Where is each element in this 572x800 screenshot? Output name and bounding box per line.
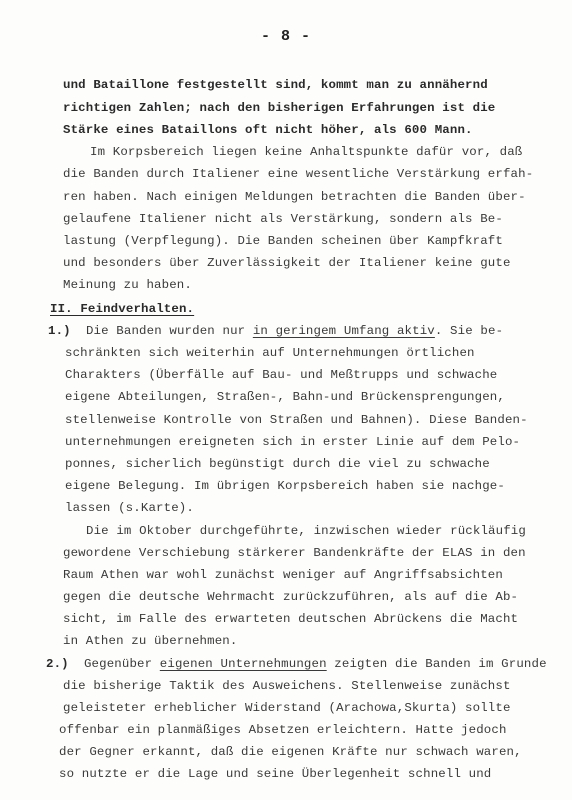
text-line: eigene Belegung. Im übrigen Korpsbereich… (65, 479, 505, 493)
text-line: Charakters (Überfälle auf Bau- und Meßtr… (65, 368, 497, 382)
text-line: Raum Athen war wohl zunächst weniger auf… (63, 568, 503, 582)
text-line: lastung (Verpflegung). Die Banden schein… (63, 234, 503, 248)
text-line: Die im Oktober durchgeführte, inzwischen… (86, 524, 526, 538)
text-line: und Bataillone festgestellt sind, kommt … (63, 78, 488, 92)
text-line: Im Korpsbereich liegen keine Anhaltspunk… (90, 145, 522, 159)
text-line: geleisteter erheblicher Widerstand (Arac… (63, 701, 511, 715)
page-number: - 8 - (0, 28, 572, 45)
text-line: ponnes, sicherlich begünstigt durch die … (65, 457, 490, 471)
text-line: ren haben. Nach einigen Meldungen betrac… (63, 190, 526, 204)
text-line: in Athen zu übernehmen. (63, 634, 237, 648)
list-marker: 1.) (48, 324, 71, 338)
underlined-phrase: eigenen Unternehmungen (160, 657, 327, 671)
text-line: gegen die deutsche Wehrmacht zurückzufüh… (63, 590, 518, 604)
text-segment: Die Banden wurden nur (86, 324, 253, 338)
text-line: gewordene Verschiebung stärkerer Bandenk… (63, 546, 526, 560)
list-marker: 2.) (46, 657, 69, 671)
text-line: so nutzte er die Lage und seine Überlege… (59, 767, 491, 781)
text-line: gelaufene Italiener nicht als Verstärkun… (63, 212, 503, 226)
text-line: der Gegner erkannt, daß die eigenen Kräf… (59, 745, 522, 759)
text-segment: . Sie be- (435, 324, 503, 338)
text-line: Meinung zu haben. (63, 278, 192, 292)
text-line: richtigen Zahlen; nach den bisherigen Er… (63, 101, 495, 115)
text-line: die bisherige Taktik des Ausweichens. St… (63, 679, 511, 693)
text-line: sicht, im Falle des erwarteten deutschen… (63, 612, 518, 626)
text-line: unternehmungen ereigneten sich in erster… (65, 435, 520, 449)
text-line: und besonders über Zuverlässigkeit der I… (63, 256, 511, 270)
underlined-phrase: in geringem Umfang aktiv (253, 324, 435, 338)
section-heading: II. Feindverhalten. (50, 302, 194, 316)
text-line: die Banden durch Italiener eine wesentli… (63, 167, 533, 181)
list-item-2-first-line: 2.) Gegenüber eigenen Unternehmungen zei… (46, 657, 547, 671)
text-line: eigene Abteilungen, Straßen-, Bahn-und B… (65, 390, 505, 404)
text-line: stellenweise Kontrolle von Straßen und B… (65, 413, 528, 427)
text-line: offenbar ein planmäßiges Absetzen erleic… (59, 723, 507, 737)
text-segment: Gegenüber (84, 657, 160, 671)
text-line: lassen (s.Karte). (65, 501, 194, 515)
list-item-1-first-line: 1.) Die Banden wurden nur in geringem Um… (48, 324, 503, 338)
text-segment: zeigten die Banden im Grunde (327, 657, 547, 671)
text-line: schränkten sich weiterhin auf Unternehmu… (65, 346, 475, 360)
text-line: Stärke eines Bataillons oft nicht höher,… (63, 123, 473, 137)
